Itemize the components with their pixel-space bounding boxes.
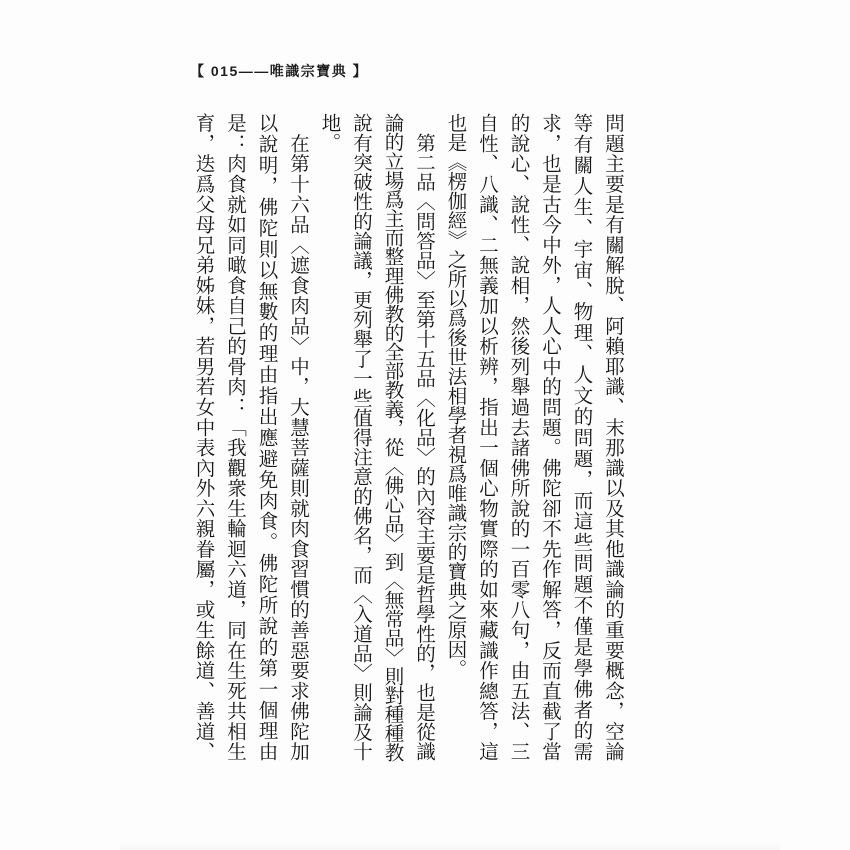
text-column: 說有突破性的論議，更列舉了一些值得注意的佛名，而〈入道品〉則論及十 <box>345 113 377 761</box>
text-column: 自性、八識、二無義加以析辨，指出一個心物實際的如來藏識作總答，這 <box>471 113 503 761</box>
book-page: 【 015——唯識宗寶典 】 問題主要是有關解脫、阿賴耶識、末那識以及其他識論的… <box>0 0 850 850</box>
text-column: 以說明，佛陀則以無數的理由指出應避免肉食。佛陀所說的第一個理由 <box>250 113 282 761</box>
text-column: 論的立場爲主而整理佛教的全部教義，從〈佛心品〉到〈無常品〉則對種種教 <box>376 113 408 761</box>
text-column: 第二品〈問答品〉至第十五品〈化品〉的內容主要是哲學性的，也是從識 <box>408 113 440 761</box>
scan-edge-shadow <box>120 842 780 850</box>
text-column: 求，也是古今中外，人人心中的問題。佛陀卻不先作解答，反而直截了當 <box>534 113 566 761</box>
text-column: 在第十六品〈遮食肉品〉中，大慧菩薩則就肉食習慣的善惡要求佛陀加 <box>282 113 314 761</box>
text-column: 問題主要是有關解脫、阿賴耶識、末那識以及其他識論的重要概念，空論 <box>597 113 629 761</box>
running-head: 【 015——唯識宗寶典 】 <box>190 61 368 81</box>
vertical-text-block: 問題主要是有關解脫、阿賴耶識、末那識以及其他識論的重要概念，空論 等有關人生、宇… <box>187 113 628 761</box>
text-column: 地。 <box>313 113 345 761</box>
text-column: 也是《楞伽經》之所以爲後世法相學者視爲唯識宗的寶典之原因。 <box>439 113 471 761</box>
text-column: 育，迭爲父母兄弟姊妹，若男若女中表內外六親眷屬，或生餘道、善道、 <box>187 113 219 761</box>
text-column: 的說心、說性、說相，然後列舉過去諸佛所說的一百零八句，由五法、三 <box>502 113 534 761</box>
text-column: 是：肉食就如同噉食自己的骨肉：「我觀衆生輪迴六道，同在生死共相生 <box>219 113 251 761</box>
text-column: 等有關人生、宇宙、物理、人文的問題，而這些問題不僅是學佛者的需 <box>565 113 597 761</box>
